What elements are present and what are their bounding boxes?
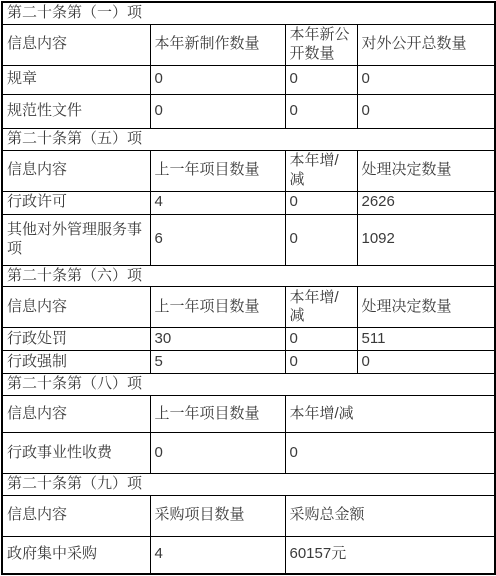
- table-row: 行政强制 5 0 0: [2, 351, 495, 374]
- col-header: 信息内容: [2, 495, 150, 536]
- cell: 0: [357, 94, 495, 128]
- col-header: 上一年项目数量: [150, 287, 285, 328]
- cell: 4: [150, 191, 285, 214]
- section-title: 第二十条第（六）项: [2, 265, 495, 287]
- table-row: 其他对外管理服务事项 6 0 1092: [2, 214, 495, 265]
- table-row: 行政许可 4 0 2626: [2, 191, 495, 214]
- table-row: 政府集中采购 4 60157元: [2, 536, 495, 574]
- table-row: 行政事业性收费 0 0: [2, 433, 495, 474]
- table-row: 规范性文件 0 0 0: [2, 94, 495, 128]
- col-header: 本年新公开数量: [285, 24, 357, 65]
- section-title: 第二十条第（五）项: [2, 128, 495, 150]
- section-title-row: 第二十条第（一）项: [2, 2, 495, 24]
- row-header: 行政处罚: [2, 328, 150, 351]
- cell: 0: [357, 65, 495, 94]
- col-header: 本年增/减: [285, 287, 357, 328]
- section-title: 第二十条第（八）项: [2, 374, 495, 396]
- section-title-row: 第二十条第（九）项: [2, 474, 495, 496]
- col-header: 本年增/减: [285, 150, 357, 191]
- section-title: 第二十条第（九）项: [2, 474, 495, 496]
- table-row: 行政处罚 30 0 511: [2, 328, 495, 351]
- col-header: 本年增/减: [285, 396, 495, 433]
- cell: 6: [150, 214, 285, 265]
- row-header: 行政事业性收费: [2, 433, 150, 474]
- col-header: 采购总金额: [285, 495, 495, 536]
- cell: 30: [150, 328, 285, 351]
- cell: 60157元: [285, 536, 495, 574]
- col-header: 本年新制作数量: [150, 24, 285, 65]
- header-row: 信息内容 上一年项目数量 本年增/减: [2, 396, 495, 433]
- cell: 511: [357, 328, 495, 351]
- cell: 0: [357, 351, 495, 374]
- cell: 0: [285, 94, 357, 128]
- col-header: 对外公开总数量: [357, 24, 495, 65]
- header-row: 信息内容 上一年项目数量 本年增/减 处理决定数量: [2, 150, 495, 191]
- section-title: 第二十条第（一）项: [2, 2, 495, 24]
- section-title-row: 第二十条第（五）项: [2, 128, 495, 150]
- col-header: 信息内容: [2, 24, 150, 65]
- cell: 5: [150, 351, 285, 374]
- col-header: 上一年项目数量: [150, 150, 285, 191]
- cell: 0: [285, 65, 357, 94]
- disclosure-report-table-wrap: 第二十条第（一）项 信息内容 本年新制作数量 本年新公开数量 对外公开总数量 规…: [1, 1, 495, 575]
- col-header: 处理决定数量: [357, 287, 495, 328]
- cell: 4: [150, 536, 285, 574]
- row-header: 规章: [2, 65, 150, 94]
- col-header: 上一年项目数量: [150, 396, 285, 433]
- header-row: 信息内容 本年新制作数量 本年新公开数量 对外公开总数量: [2, 24, 495, 65]
- cell: 0: [285, 433, 495, 474]
- section-title-row: 第二十条第（八）项: [2, 374, 495, 396]
- disclosure-report-table: 第二十条第（一）项 信息内容 本年新制作数量 本年新公开数量 对外公开总数量 规…: [1, 1, 496, 575]
- row-header: 行政许可: [2, 191, 150, 214]
- col-header: 信息内容: [2, 396, 150, 433]
- row-header: 政府集中采购: [2, 536, 150, 574]
- cell: 0: [150, 65, 285, 94]
- table-row: 规章 0 0 0: [2, 65, 495, 94]
- cell: 0: [285, 214, 357, 265]
- cell: 0: [285, 328, 357, 351]
- col-header: 信息内容: [2, 287, 150, 328]
- col-header: 信息内容: [2, 150, 150, 191]
- cell: 0: [285, 351, 357, 374]
- row-header: 行政强制: [2, 351, 150, 374]
- header-row: 信息内容 采购项目数量 采购总金额: [2, 495, 495, 536]
- cell: 0: [150, 94, 285, 128]
- col-header: 采购项目数量: [150, 495, 285, 536]
- col-header: 处理决定数量: [357, 150, 495, 191]
- row-header: 其他对外管理服务事项: [2, 214, 150, 265]
- section-title-row: 第二十条第（六）项: [2, 265, 495, 287]
- cell: 1092: [357, 214, 495, 265]
- cell: 0: [285, 191, 357, 214]
- cell: 2626: [357, 191, 495, 214]
- header-row: 信息内容 上一年项目数量 本年增/减 处理决定数量: [2, 287, 495, 328]
- cell: 0: [150, 433, 285, 474]
- row-header: 规范性文件: [2, 94, 150, 128]
